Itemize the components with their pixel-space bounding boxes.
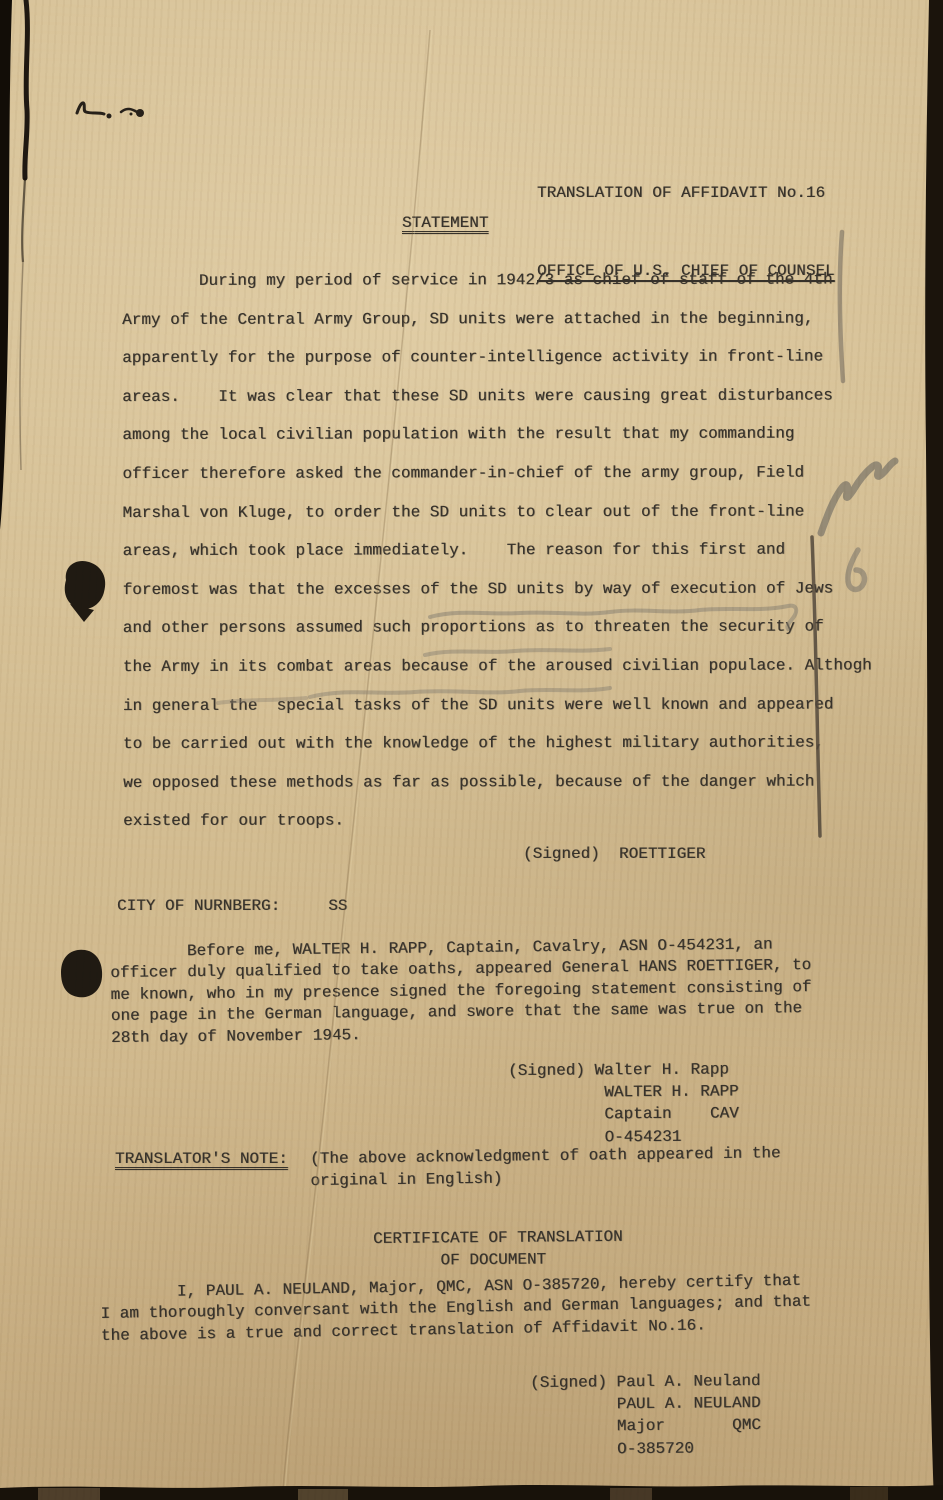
ink-scribble (77, 103, 144, 119)
neuland-signature-block: (Signed) Paul A. Neuland PAUL A. NEULAND… (530, 1370, 761, 1461)
header-title: TRANSLATION OF AFFIDAVIT No.16 (537, 180, 835, 206)
translators-note-label: TRANSLATOR'S NOTE: (115, 1150, 288, 1168)
rapp-signature-block: (Signed) Walter H. Rapp WALTER H. RAPP C… (508, 1058, 739, 1148)
paper-tear (20, 0, 27, 470)
jurat-paragraph: Before me, WALTER H. RAPP, Captain, Cava… (110, 934, 812, 1049)
statement-signature: (Signed) ROETTIGER (523, 845, 705, 863)
statement-title: STATEMENT (402, 214, 488, 232)
punch-hole-top (65, 561, 105, 622)
jurat-city-line: CITY OF NURNBERG: SS (117, 897, 347, 915)
certificate-title: CERTIFICATE OF TRANSLATION OF DOCUMENT (373, 1226, 623, 1273)
statement-paragraph: During my period of service in 1942/3 as… (122, 260, 872, 840)
scan-edge-left (0, 0, 12, 530)
translators-note-text: (The above acknowledgment of oath appear… (310, 1142, 781, 1192)
scan-edge-bottom (0, 1485, 943, 1500)
punch-hole-bottom (61, 950, 102, 998)
scan-edge-right (925, 0, 943, 1500)
certificate-paragraph: I, PAUL A. NEULAND, Major, QMC, ASN O-38… (100, 1271, 812, 1348)
affidavit-scan-page: TRANSLATION OF AFFIDAVIT No.16 OFFICE OF… (0, 0, 943, 1500)
